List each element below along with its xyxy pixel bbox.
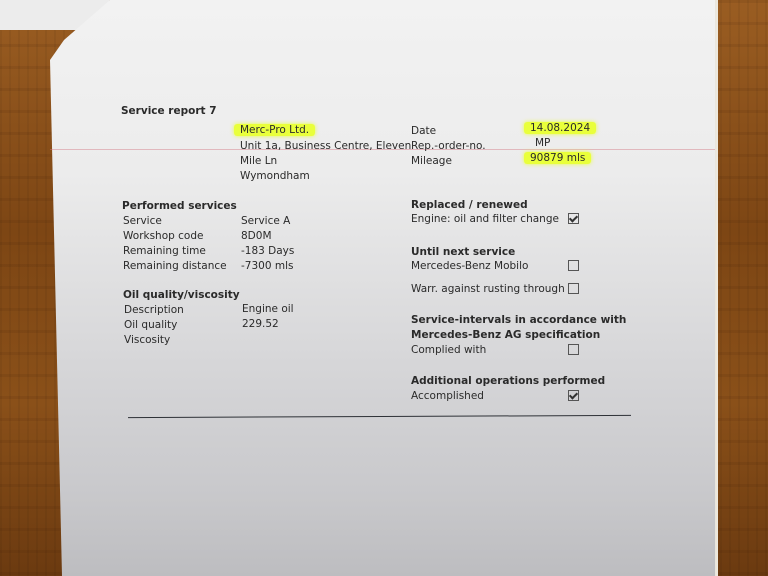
service-value: Service A bbox=[241, 215, 290, 228]
date-value: 14.08.2024 bbox=[524, 122, 596, 134]
report-title: Service report 7 bbox=[121, 105, 217, 118]
oil-filter-change-label: Engine: oil and filter change bbox=[411, 213, 559, 226]
workshop-code-value: 8D0M bbox=[241, 230, 272, 243]
additional-ops-heading: Additional operations performed bbox=[411, 375, 605, 388]
oil-filter-change-checkbox[interactable] bbox=[568, 213, 579, 224]
rep-order-value: MP bbox=[535, 137, 550, 150]
rust-warranty-checkbox[interactable] bbox=[568, 283, 579, 294]
mobilo-checkbox[interactable] bbox=[568, 260, 579, 271]
service-report-page bbox=[50, 0, 715, 576]
accomplished-label: Accomplished bbox=[411, 390, 484, 403]
description-label: Description bbox=[124, 304, 184, 317]
service-intervals-heading-2: Mercedes-Benz AG specification bbox=[411, 329, 600, 342]
oil-quality-label: Oil quality bbox=[124, 319, 177, 332]
until-next-service-heading: Until next service bbox=[411, 246, 515, 259]
dealer-town: Wymondham bbox=[240, 170, 310, 183]
date-label: Date bbox=[411, 125, 436, 138]
rep-order-label: Rep.-order-no. bbox=[411, 140, 486, 153]
dealer-name: Merc-Pro Ltd. bbox=[234, 124, 315, 136]
complied-with-checkbox[interactable] bbox=[568, 344, 579, 355]
remaining-distance-label: Remaining distance bbox=[123, 260, 227, 273]
oil-quality-value: 229.52 bbox=[242, 318, 279, 331]
workshop-code-label: Workshop code bbox=[123, 230, 203, 243]
rust-warranty-label: Warr. against rusting through bbox=[411, 283, 565, 296]
remaining-distance-value: -7300 mls bbox=[241, 260, 293, 273]
oil-heading: Oil quality/viscosity bbox=[123, 289, 240, 302]
dealer-address-line1: Unit 1a, Business Centre, Eleven bbox=[240, 140, 411, 153]
remaining-time-label: Remaining time bbox=[123, 245, 206, 258]
service-label: Service bbox=[123, 215, 162, 228]
performed-services-heading: Performed services bbox=[122, 200, 237, 213]
complied-with-label: Complied with bbox=[411, 344, 486, 357]
viscosity-label: Viscosity bbox=[124, 334, 170, 347]
replaced-heading: Replaced / renewed bbox=[411, 199, 528, 212]
description-value: Engine oil bbox=[242, 303, 294, 316]
service-intervals-heading-1: Service-intervals in accordance with bbox=[411, 314, 626, 327]
accomplished-checkbox[interactable] bbox=[568, 390, 579, 401]
mobilo-label: Mercedes-Benz Mobilo bbox=[411, 260, 528, 273]
remaining-time-value: -183 Days bbox=[241, 245, 294, 258]
mileage-value: 90879 mls bbox=[524, 152, 591, 164]
mileage-label: Mileage bbox=[411, 155, 452, 168]
dealer-address-line2: Mile Ln bbox=[240, 155, 277, 168]
